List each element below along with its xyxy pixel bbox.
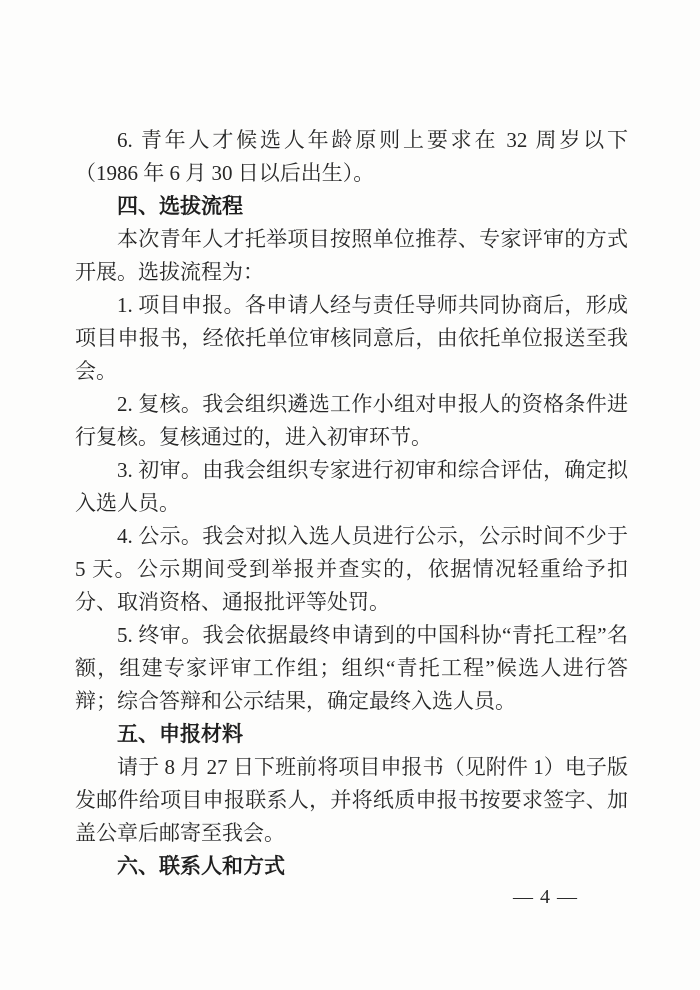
section-heading-materials: 五、申报材料 bbox=[75, 718, 628, 751]
paragraph-step-2-recheck: 2. 复核。我会组织遴选工作小组对申报人的资格条件进行复核。复核通过的，进入初审… bbox=[75, 388, 628, 454]
page-number: — 4 — bbox=[513, 884, 578, 910]
paragraph-flow-intro: 本次青年人才托举项目按照单位推荐、专家评审的方式开展。选拔流程为： bbox=[75, 223, 628, 289]
paragraph-age-requirement: 6. 青年人才候选人年龄原则上要求在 32 周岁以下（1986 年 6 月 30… bbox=[75, 124, 628, 190]
section-heading-contacts: 六、联系人和方式 bbox=[75, 850, 628, 883]
section-heading-selection-flow: 四、选拔流程 bbox=[75, 190, 628, 223]
document-page: 6. 青年人才候选人年龄原则上要求在 32 周岁以下（1986 年 6 月 30… bbox=[0, 0, 700, 990]
paragraph-step-1-declaration: 1. 项目申报。各申请人经与责任导师共同协商后，形成项目申报书，经依托单位审核同… bbox=[75, 289, 628, 388]
paragraph-step-3-first-review: 3. 初审。由我会组织专家进行初审和综合评估，确定拟入选人员。 bbox=[75, 454, 628, 520]
document-body: 6. 青年人才候选人年龄原则上要求在 32 周岁以下（1986 年 6 月 30… bbox=[75, 124, 628, 883]
paragraph-materials-deadline: 请于 8 月 27 日下班前将项目申报书（见附件 1）电子版发邮件给项目申报联系… bbox=[75, 751, 628, 850]
paragraph-step-4-publicity: 4. 公示。我会对拟入选人员进行公示，公示时间不少于 5 天。公示期间受到举报并… bbox=[75, 520, 628, 619]
paragraph-step-5-final-review: 5. 终审。我会依据最终申请到的中国科协“青托工程”名额，组建专家评审工作组；组… bbox=[75, 619, 628, 718]
